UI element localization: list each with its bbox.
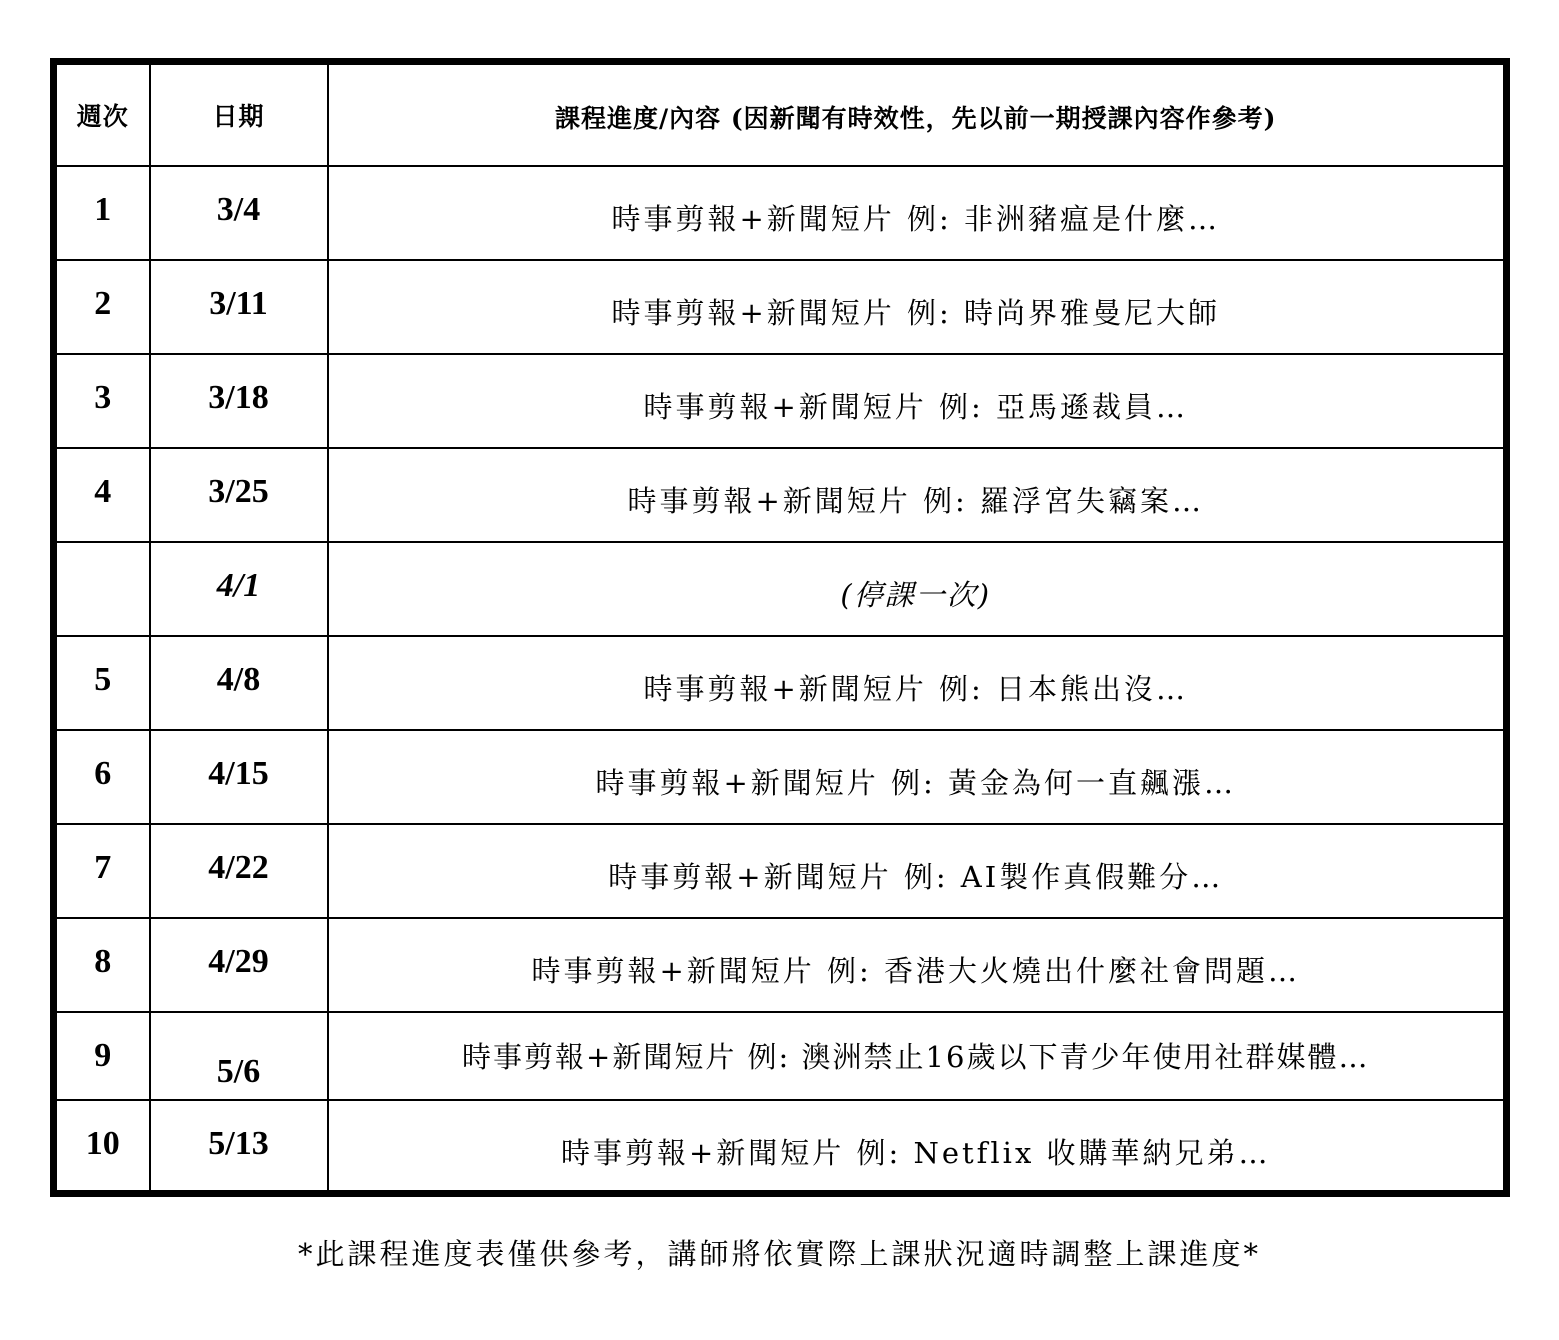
date-cell: 4/29 [150,918,328,1012]
week-cell: 3 [54,354,150,448]
table-row: 4 3/25 時事剪報+新聞短片 例: 羅浮宮失竊案… [54,448,1507,542]
table-row-class-suspended: 4/1 (停課一次) [54,542,1507,636]
content-cell: 時事剪報+新聞短片 例: 澳洲禁止16歲以下青少年使用社群媒體… [328,1012,1507,1100]
content-cell: (停課一次) [328,542,1507,636]
content-cell: 時事剪報+新聞短片 例: 日本熊出沒… [328,636,1507,730]
header-week: 週次 [54,62,150,166]
table-row: 9 5/6 時事剪報+新聞短片 例: 澳洲禁止16歲以下青少年使用社群媒體… [54,1012,1507,1100]
content-cell: 時事剪報+新聞短片 例: 黃金為何一直飆漲… [328,730,1507,824]
week-cell [54,542,150,636]
week-cell: 10 [54,1100,150,1194]
date-cell: 3/18 [150,354,328,448]
table-row: 5 4/8 時事剪報+新聞短片 例: 日本熊出沒… [54,636,1507,730]
content-cell: 時事剪報+新聞短片 例: Netflix 收購華納兄弟… [328,1100,1507,1194]
date-cell: 4/22 [150,824,328,918]
content-cell: 時事剪報+新聞短片 例: 香港大火燒出什麼社會問題… [328,918,1507,1012]
week-cell: 7 [54,824,150,918]
course-schedule-table: 週次 日期 課程進度/內容 (因新聞有時效性，先以前一期授課內容作參考) 1 3… [50,58,1510,1197]
week-cell: 8 [54,918,150,1012]
table-header-row: 週次 日期 課程進度/內容 (因新聞有時效性，先以前一期授課內容作參考) [54,62,1507,166]
table-row: 8 4/29 時事剪報+新聞短片 例: 香港大火燒出什麼社會問題… [54,918,1507,1012]
date-cell: 4/1 [150,542,328,636]
date-cell: 4/8 [150,636,328,730]
header-content: 課程進度/內容 (因新聞有時效性，先以前一期授課內容作參考) [328,62,1507,166]
week-cell: 1 [54,166,150,260]
week-cell: 5 [54,636,150,730]
week-cell: 2 [54,260,150,354]
date-cell: 4/15 [150,730,328,824]
table-row: 2 3/11 時事剪報+新聞短片 例: 時尚界雅曼尼大師 [54,260,1507,354]
week-cell: 4 [54,448,150,542]
date-cell: 3/25 [150,448,328,542]
header-date: 日期 [150,62,328,166]
content-cell: 時事剪報+新聞短片 例: 羅浮宮失竊案… [328,448,1507,542]
table-row: 10 5/13 時事剪報+新聞短片 例: Netflix 收購華納兄弟… [54,1100,1507,1194]
content-cell: 時事剪報+新聞短片 例: 時尚界雅曼尼大師 [328,260,1507,354]
table-row: 7 4/22 時事剪報+新聞短片 例: AI製作真假難分… [54,824,1507,918]
table-row: 6 4/15 時事剪報+新聞短片 例: 黃金為何一直飆漲… [54,730,1507,824]
date-cell: 5/6 [150,1012,328,1100]
content-cell: 時事剪報+新聞短片 例: 亞馬遜裁員… [328,354,1507,448]
content-cell: 時事剪報+新聞短片 例: 非洲豬瘟是什麼… [328,166,1507,260]
date-cell: 3/11 [150,260,328,354]
table-row: 1 3/4 時事剪報+新聞短片 例: 非洲豬瘟是什麼… [54,166,1507,260]
date-cell: 3/4 [150,166,328,260]
disclaimer-footnote: *此課程進度表僅供參考，講師將依實際上課狀況適時調整上課進度* [0,1232,1559,1273]
table-row: 3 3/18 時事剪報+新聞短片 例: 亞馬遜裁員… [54,354,1507,448]
week-cell: 9 [54,1012,150,1100]
week-cell: 6 [54,730,150,824]
date-cell: 5/13 [150,1100,328,1194]
content-cell: 時事剪報+新聞短片 例: AI製作真假難分… [328,824,1507,918]
